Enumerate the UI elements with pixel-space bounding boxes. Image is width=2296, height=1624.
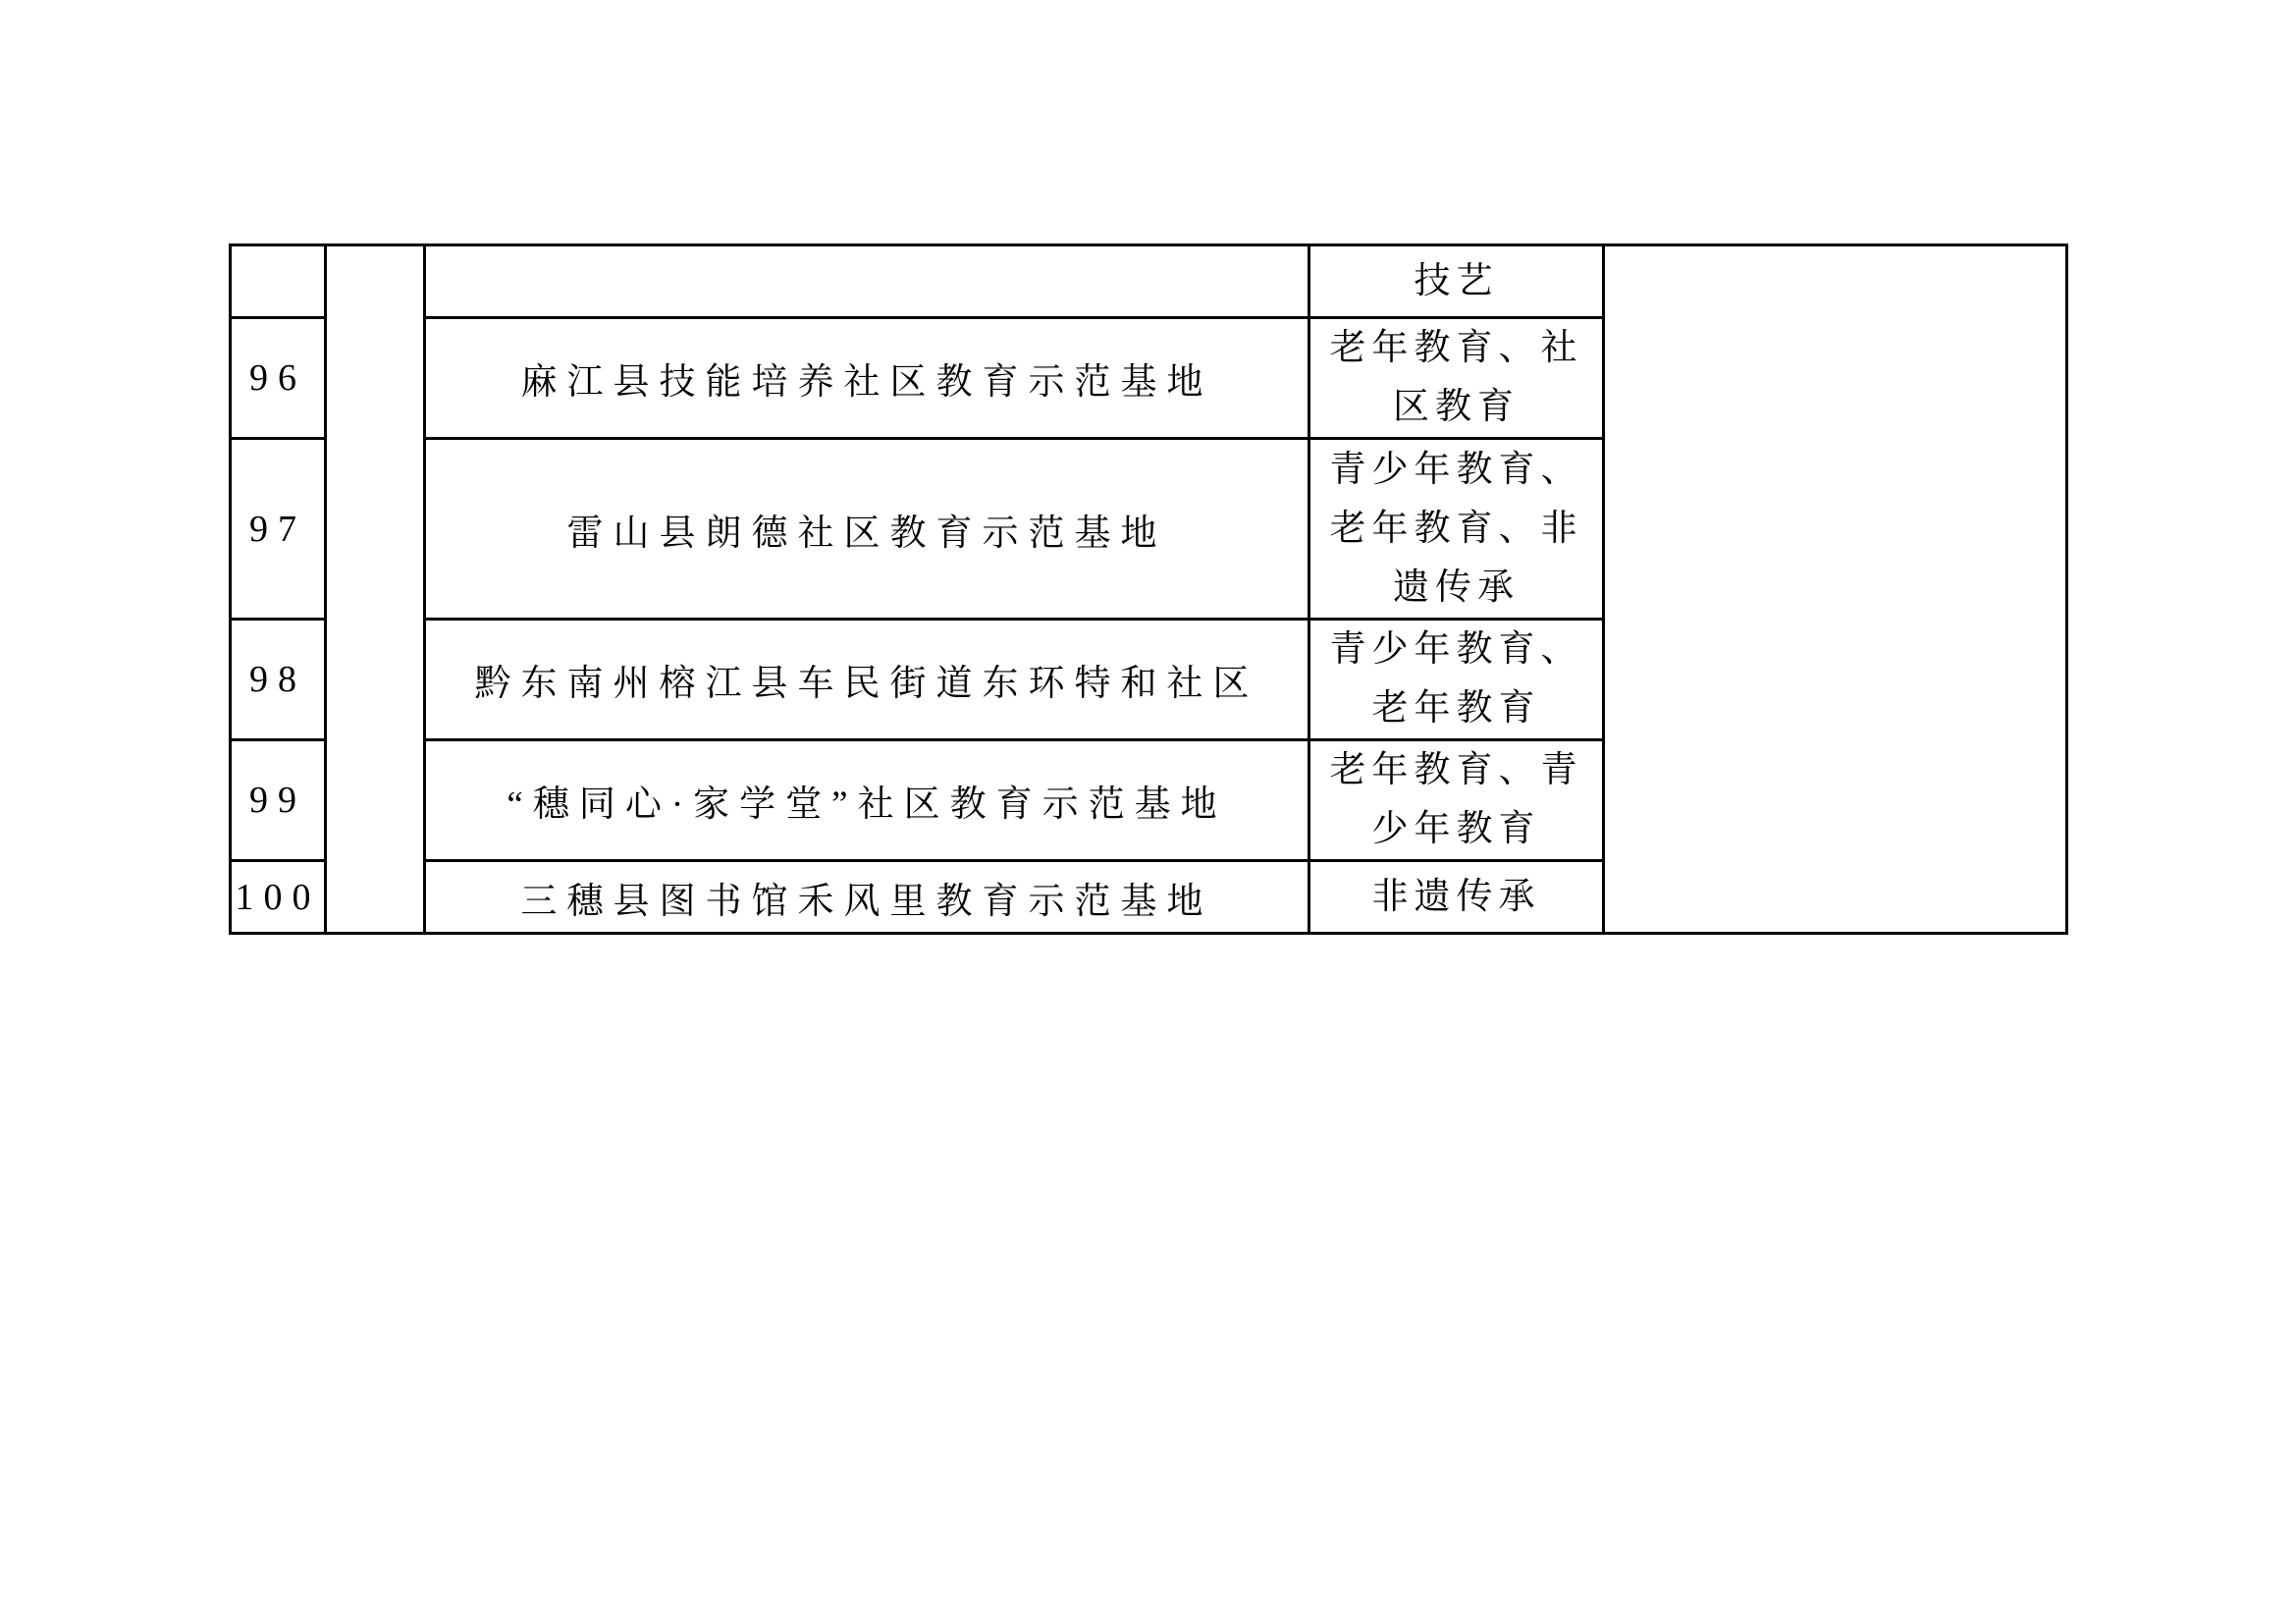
category-cell: 技艺 <box>1309 245 1604 318</box>
base-list-table: 技艺 96 麻江县技能培养社区教育示范基地 老年教育、社 区教育 97 雷山县朗… <box>229 244 2068 935</box>
base-name-cell: 雷山县朗德社区教育示范基地 <box>425 439 1309 620</box>
base-name-cell: 三穗县图书馆禾风里教育示范基地 <box>425 861 1309 934</box>
category-cell: 青少年教育、 老年教育、非 遗传承 <box>1309 439 1604 620</box>
base-name-cell: 麻江县技能培养社区教育示范基地 <box>425 318 1309 439</box>
category-cell: 青少年教育、 老年教育 <box>1309 620 1604 740</box>
base-name-cell <box>425 245 1309 318</box>
row-number-cell: 98 <box>231 620 326 740</box>
row-number-cell: 97 <box>231 439 326 620</box>
row-number-cell: 99 <box>231 740 326 861</box>
empty-region-cell <box>326 245 425 934</box>
table-row: 技艺 <box>231 245 2067 318</box>
base-name-cell: “穗同心·家学堂”社区教育示范基地 <box>425 740 1309 861</box>
row-number-cell: 100 <box>231 861 326 934</box>
row-number-cell: 96 <box>231 318 326 439</box>
empty-notes-cell <box>1604 245 2067 934</box>
category-cell: 老年教育、青 少年教育 <box>1309 740 1604 861</box>
category-cell: 老年教育、社 区教育 <box>1309 318 1604 439</box>
base-name-cell: 黔东南州榕江县车民街道东环特和社区 <box>425 620 1309 740</box>
document-page: 技艺 96 麻江县技能培养社区教育示范基地 老年教育、社 区教育 97 雷山县朗… <box>0 0 2296 1624</box>
category-cell: 非遗传承 <box>1309 861 1604 934</box>
row-number-cell <box>231 245 326 318</box>
